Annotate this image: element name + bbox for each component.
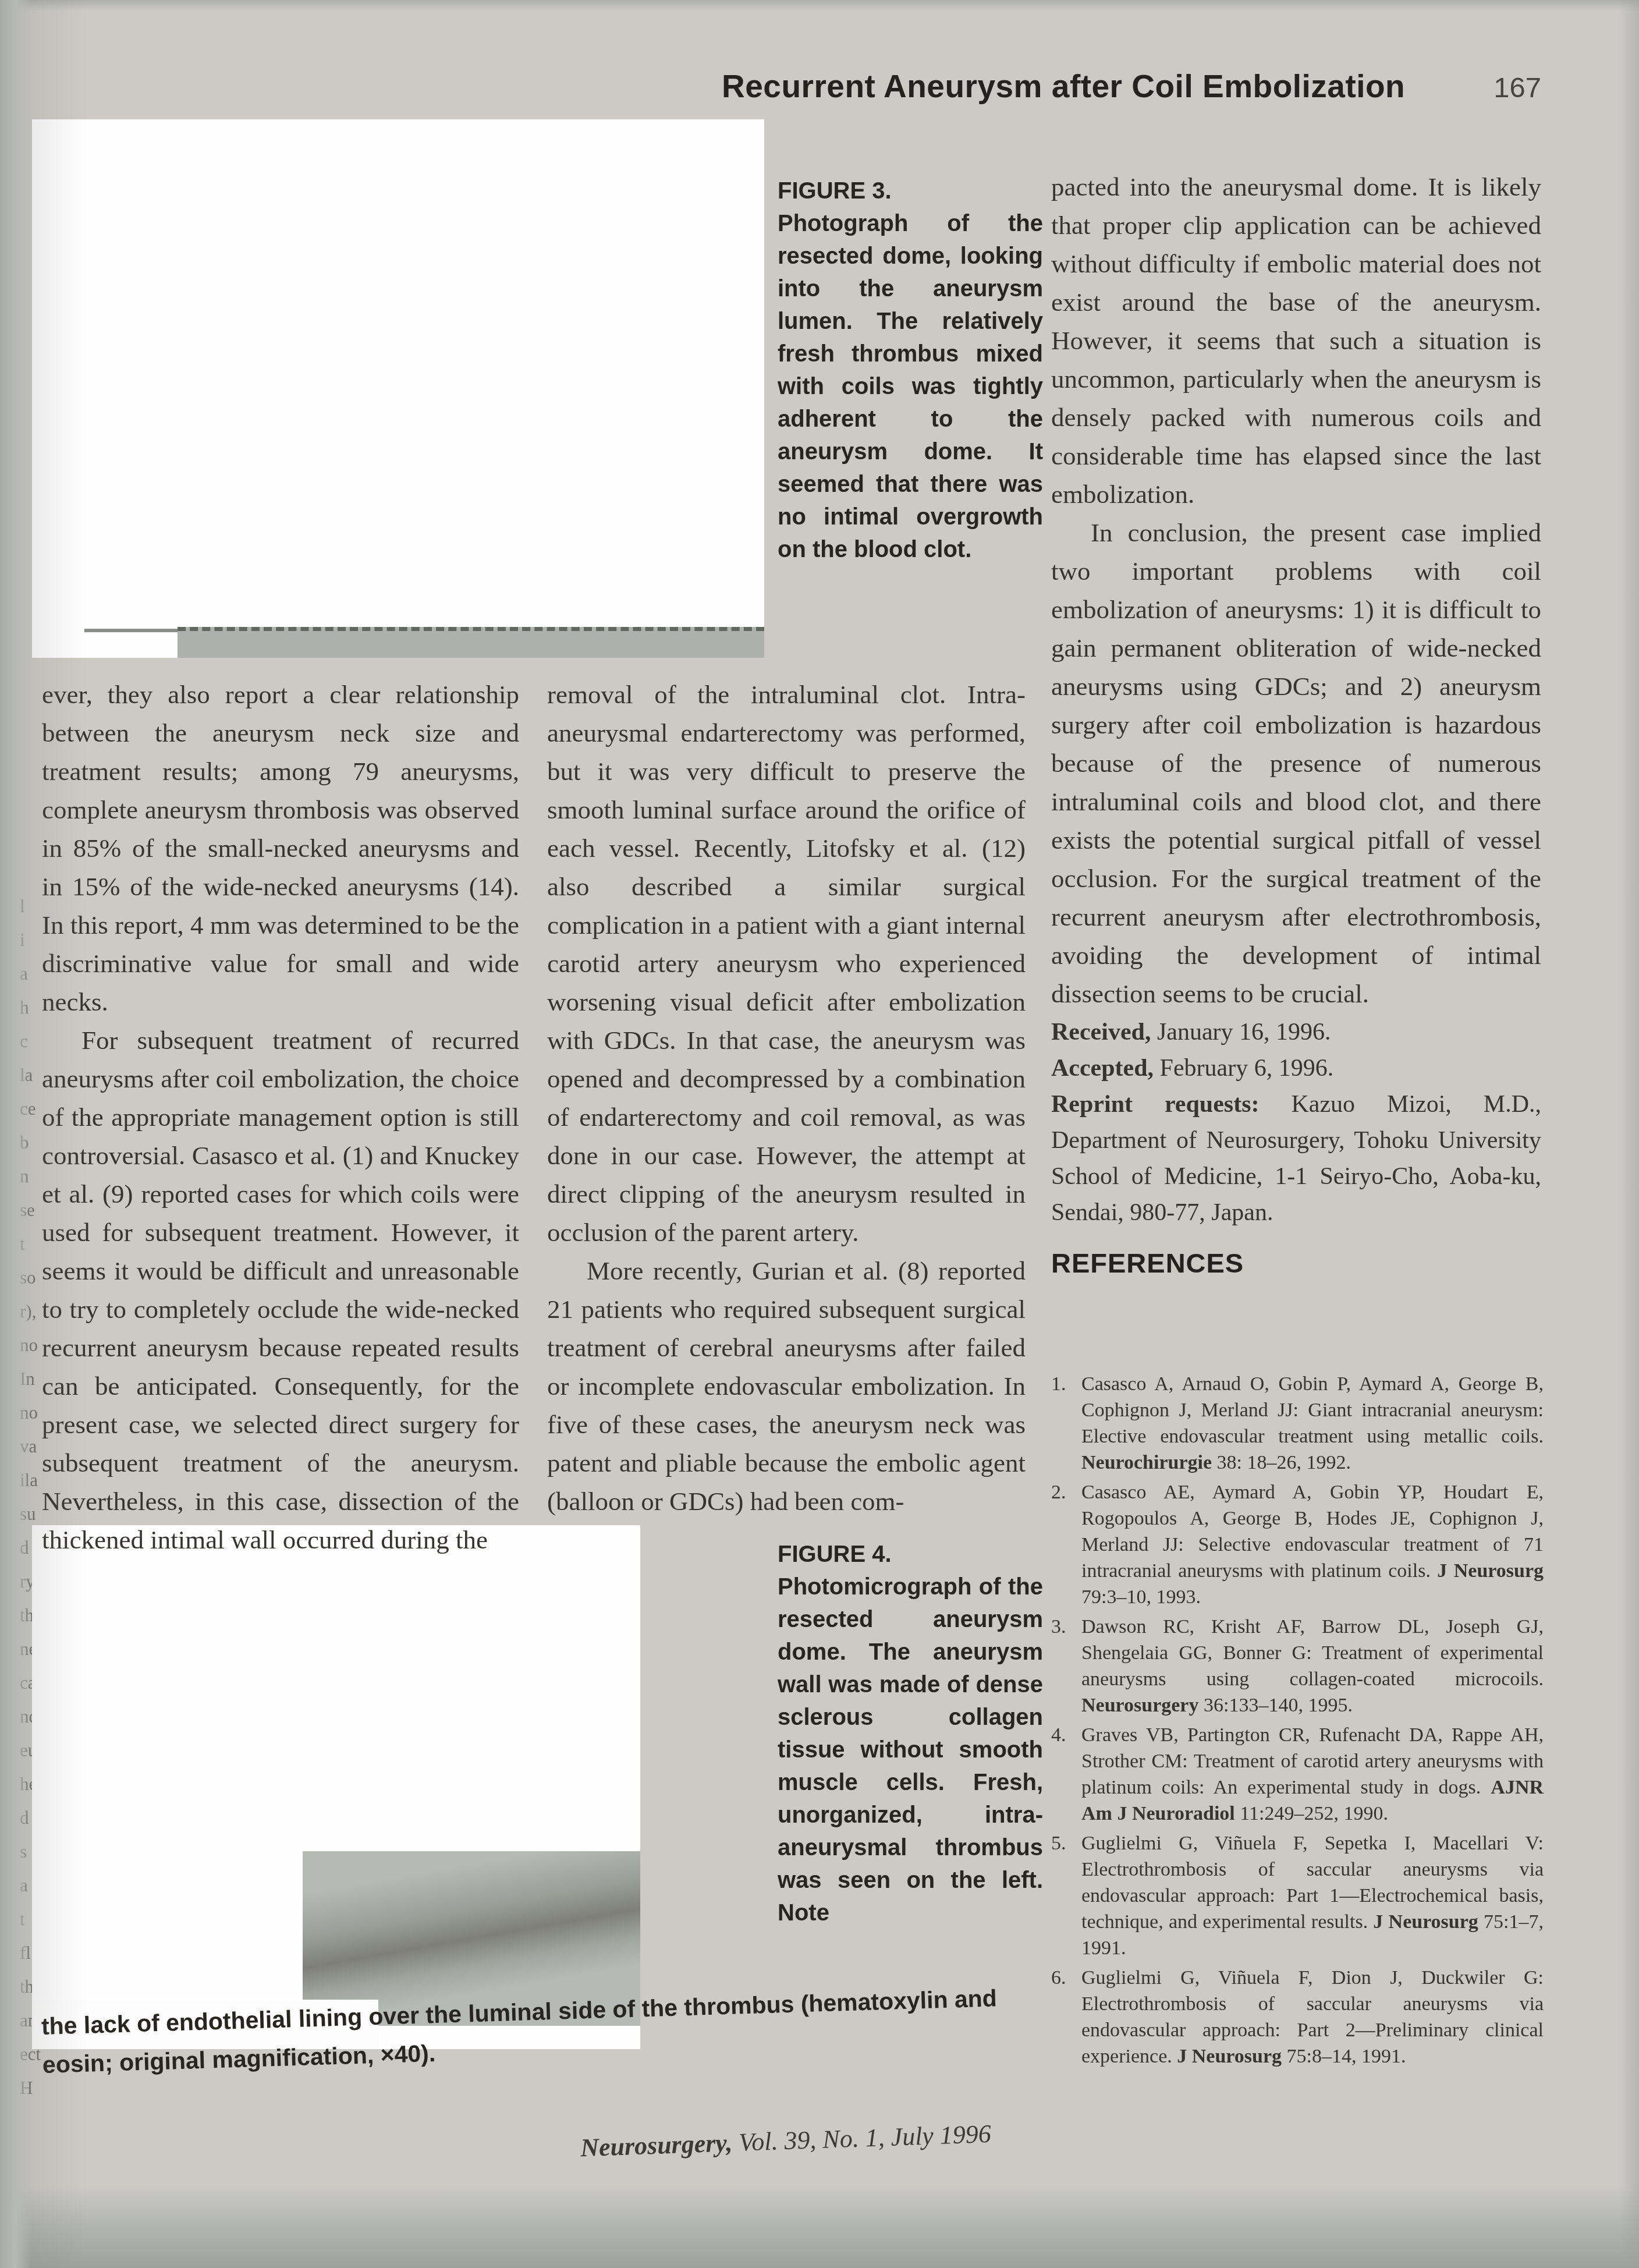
- journal-footer: Neurosurgery, Vol. 39, No. 1, July 1996: [512, 2117, 1059, 2166]
- reference-journal: Neurochirurgie: [1081, 1452, 1212, 1473]
- reference-authors-title: Graves VB, Partington CR, Rufenacht DA, …: [1081, 1724, 1544, 1798]
- figure3-label: FIGURE 3.: [778, 175, 1043, 207]
- reference-number: 2.: [1051, 1479, 1081, 1610]
- reference-text: Graves VB, Partington CR, Rufenacht DA, …: [1081, 1722, 1544, 1827]
- journal-page: Recurrent Aneurysm after Coil Embolizati…: [0, 0, 1639, 2268]
- reference-journal: Neurosurgery: [1081, 1695, 1198, 1716]
- reference-authors-title: Dawson RC, Krisht AF, Barrow DL, Joseph …: [1081, 1616, 1544, 1690]
- accepted-line: Accepted, February 6, 1996.: [1051, 1050, 1541, 1086]
- reference-text: Guglielmi G, Viñuela F, Dion J, Duckwile…: [1081, 1965, 1544, 2069]
- running-head: Recurrent Aneurysm after Coil Embolizati…: [722, 68, 1541, 105]
- reference-text: Casasco A, Arnaud O, Gobin P, Aymard A, …: [1081, 1371, 1544, 1476]
- reference-pages-year: 75:8–14, 1991.: [1282, 2046, 1406, 2067]
- reference-journal: J Neurosurg: [1437, 1560, 1544, 1582]
- reference-number: 5.: [1051, 1830, 1081, 1961]
- paragraph: pacted into the aneurysmal dome. It is l…: [1051, 168, 1541, 513]
- received-value: January 16, 1996.: [1151, 1019, 1331, 1046]
- figure3-photo-edge-sliver: [178, 627, 764, 658]
- figure3-caption: FIGURE 3. Photograph of the resected dom…: [778, 175, 1043, 566]
- paragraph: More recently, Gurian et al. (8) reporte…: [547, 1252, 1026, 1521]
- text-column-left: ever, they also report a clear relations…: [42, 675, 519, 1559]
- figure4-caption: FIGURE 4. Photomicrograph of the resecte…: [778, 1538, 1043, 1929]
- reference-text: Guglielmi G, Viñuela F, Sepetka I, Macel…: [1081, 1830, 1544, 1961]
- accepted-label: Accepted,: [1051, 1055, 1154, 1082]
- references-heading: REFERENCES: [1051, 1247, 1244, 1279]
- figure4-caption-text: Photomicrograph of the resected aneurysm…: [778, 1574, 1043, 1926]
- reference-number: 6.: [1051, 1965, 1081, 2069]
- reference-item: 2. Casasco AE, Aymard A, Gobin YP, Houda…: [1051, 1479, 1544, 1610]
- article-meta: Received, January 16, 1996. Accepted, Fe…: [1051, 1014, 1541, 1231]
- footer-journal-name: Neurosurgery,: [580, 2128, 733, 2162]
- reference-pages-year: 36:133–140, 1995.: [1198, 1695, 1352, 1716]
- reprint-label: Reprint requests:: [1051, 1091, 1260, 1118]
- received-label: Received,: [1051, 1019, 1151, 1046]
- received-line: Received, January 16, 1996.: [1051, 1014, 1541, 1050]
- reference-journal: J Neurosurg: [1373, 1911, 1478, 1933]
- running-head-title: Recurrent Aneurysm after Coil Embolizati…: [722, 68, 1405, 105]
- paragraph: removal of the intraluminal clot. Intra-…: [547, 675, 1026, 1252]
- reference-number: 1.: [1051, 1371, 1081, 1476]
- reference-item: 1. Casasco A, Arnaud O, Gobin P, Aymard …: [1051, 1371, 1544, 1476]
- reference-item: 4. Graves VB, Partington CR, Rufenacht D…: [1051, 1722, 1544, 1827]
- figure3-caption-text: Photograph of the resected dome, looking…: [778, 211, 1043, 562]
- paragraph: In conclusion, the present case implied …: [1051, 513, 1541, 1013]
- footer-volume-info: Vol. 39, No. 1, July 1996: [732, 2120, 991, 2157]
- reference-pages-year: 79:3–10, 1993.: [1081, 1586, 1201, 1608]
- reference-journal: J Neurosurg: [1177, 2046, 1282, 2067]
- reference-pages-year: 38: 18–26, 1992.: [1212, 1452, 1351, 1473]
- figure3-image-placeholder: [32, 119, 764, 658]
- reprint-line: Reprint requests: Kazuo Mizoi, M.D., Dep…: [1051, 1086, 1541, 1231]
- references-list: 1. Casasco A, Arnaud O, Gobin P, Aymard …: [1051, 1371, 1544, 2073]
- text-column-middle: removal of the intraluminal clot. Intra-…: [547, 675, 1026, 1521]
- page-number: 167: [1493, 72, 1541, 104]
- reference-item: 3. Dawson RC, Krisht AF, Barrow DL, Jose…: [1051, 1614, 1544, 1718]
- reference-number: 4.: [1051, 1722, 1081, 1827]
- paragraph: For subsequent treatment of recurred ane…: [42, 1021, 519, 1559]
- reference-item: 5. Guglielmi G, Viñuela F, Sepetka I, Ma…: [1051, 1830, 1544, 1961]
- accepted-value: February 6, 1996.: [1154, 1055, 1333, 1082]
- reference-item: 6. Guglielmi G, Viñuela F, Dion J, Duckw…: [1051, 1965, 1544, 2069]
- figure4-label: FIGURE 4.: [778, 1538, 1043, 1571]
- reference-text: Casasco AE, Aymard A, Gobin YP, Houdart …: [1081, 1479, 1544, 1610]
- reference-pages-year: 11:249–252, 1990.: [1235, 1803, 1388, 1824]
- reference-authors-title: Casasco A, Arnaud O, Gobin P, Aymard A, …: [1081, 1373, 1544, 1447]
- reference-number: 3.: [1051, 1614, 1081, 1718]
- reference-text: Dawson RC, Krisht AF, Barrow DL, Joseph …: [1081, 1614, 1544, 1718]
- paragraph: ever, they also report a clear relations…: [42, 675, 519, 1021]
- figure4-image-placeholder: [32, 1525, 640, 2049]
- text-column-right: pacted into the aneurysmal dome. It is l…: [1051, 168, 1541, 1013]
